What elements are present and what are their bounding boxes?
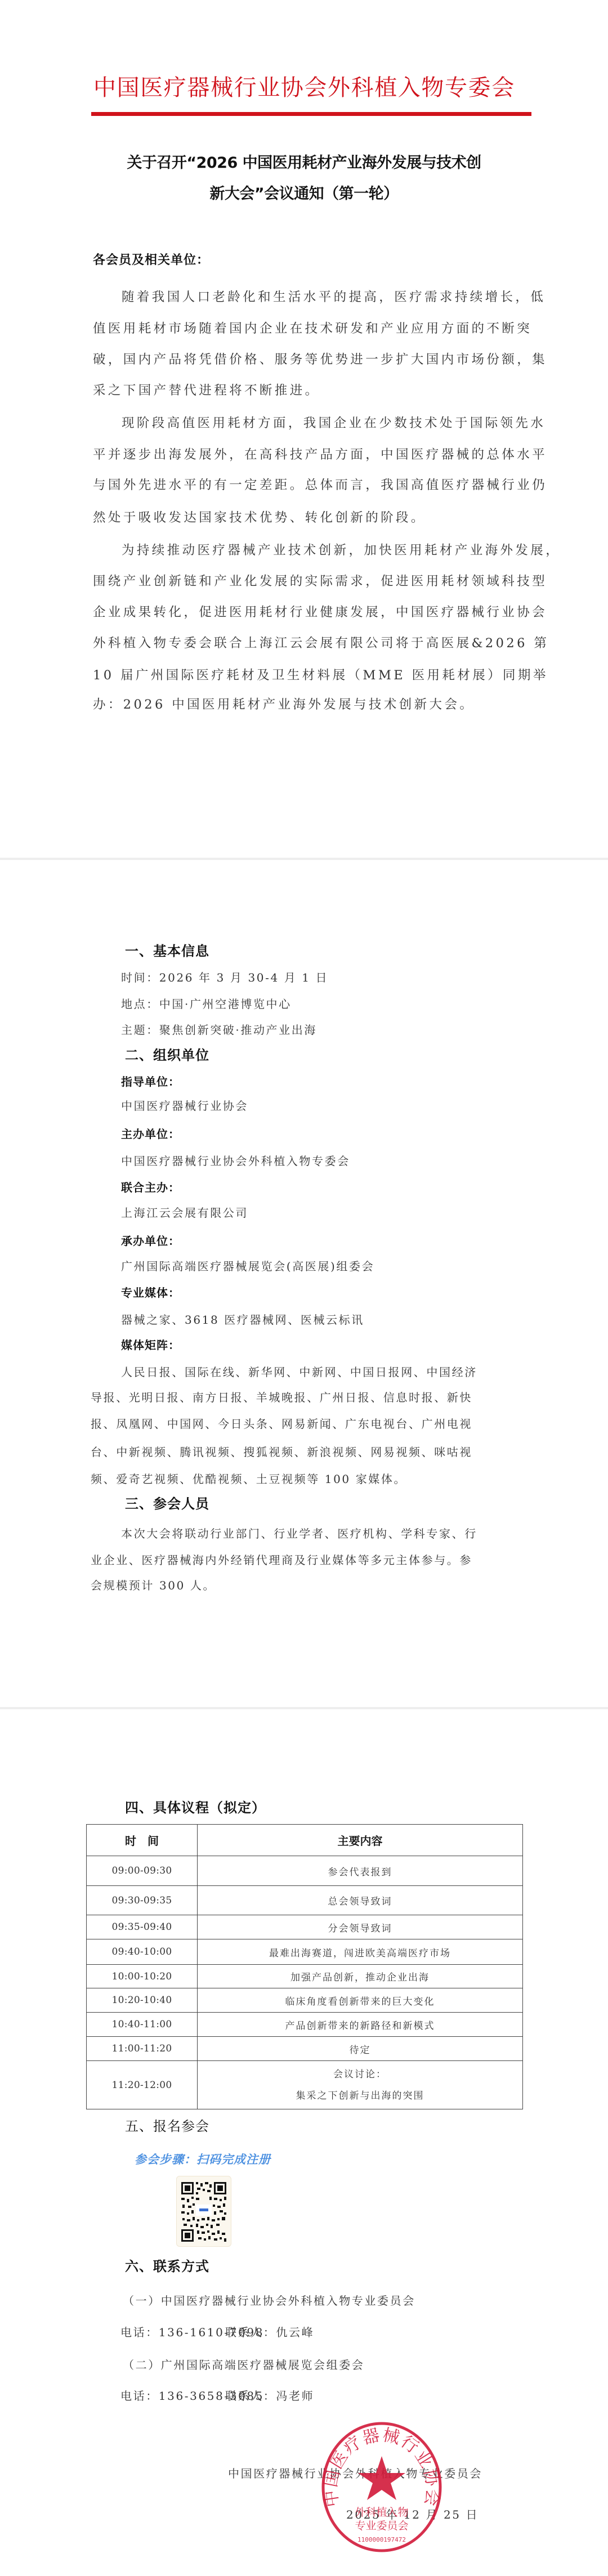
table-row: 11:20-12:00 会议讨论： 集采之下创新与出海的突围 bbox=[87, 2061, 523, 2109]
agenda-topic: 会议讨论： bbox=[198, 2064, 522, 2085]
paragraph-line: 值医用耗材市场随着国内企业在技术研发和产业应用方面的不断突 bbox=[93, 320, 532, 337]
paragraph-line: 10 届广州国际医疗耗材及卫生材料展（MME 医用耗材展）同期举 bbox=[93, 667, 548, 684]
contact-org: （一）中国医疗器械行业协会外科植入物专业委员会 bbox=[123, 2293, 415, 2309]
column-header-content: 主要内容 bbox=[198, 1825, 523, 1856]
seal-inner-line2: 专业委员会 bbox=[355, 2520, 408, 2532]
agenda-topic: 产品创新带来的新路径和新模式 bbox=[198, 2013, 523, 2037]
paragraph-line: 随着我国人口老龄化和生活水平的提高，医疗需求持续增长，低 bbox=[122, 289, 546, 306]
table-row: 09:00-09:30 参会代表报到 bbox=[87, 1856, 523, 1886]
agenda-topic: 总会领导致词 bbox=[198, 1886, 523, 1915]
seal-icon: 中国医疗器械行业协会 外科植入物 专业委员会 1100000197472 bbox=[320, 2420, 444, 2554]
column-header-time: 时 间 bbox=[87, 1825, 198, 1856]
event-time: 时间：2026 年 3 月 30-4 月 1 日 bbox=[121, 970, 328, 985]
paragraph-line: 企业成果转化，促进医用耗材行业健康发展，中国医疗器械行业协会 bbox=[93, 604, 547, 621]
table-row: 10:00-10:20 加强产品创新，推动企业出海 bbox=[87, 1965, 523, 1988]
agenda-table: 时 间 主要内容 09:00-09:30 参会代表报到 09:30-09:35 … bbox=[86, 1824, 523, 2109]
registration-qr-code[interactable] bbox=[176, 2176, 231, 2247]
section-heading-organizers: 二、组织单位 bbox=[125, 1046, 209, 1064]
guide-unit-value: 中国医疗器械行业协会 bbox=[121, 1098, 248, 1114]
contact-person: 联系人：冯老师 bbox=[225, 2388, 314, 2404]
event-theme: 主题：聚焦创新突破·推动产业出海 bbox=[121, 1022, 317, 1038]
agenda-topic: 待定 bbox=[198, 2037, 523, 2061]
table-row: 09:30-09:35 总会领导致词 bbox=[87, 1886, 523, 1915]
paragraph-line: 平并逐步出海发展外，在高科技产品方面，中国医疗器械的总体水平 bbox=[93, 446, 547, 463]
section-heading-contact: 六、联系方式 bbox=[125, 2257, 209, 2275]
page-separator bbox=[0, 858, 608, 860]
paragraph-line: 与国外先进水平的有一定差距。总体而言，我国高值医疗器械行业仍 bbox=[93, 477, 547, 494]
paragraph-line: 外科植入物专委会联合上海江云会展有限公司将于高医展&2026 第 bbox=[93, 635, 549, 652]
page-separator bbox=[0, 1707, 608, 1709]
org-header: 中国医疗器械行业协会外科植入物专委会 bbox=[93, 74, 521, 101]
table-row: 10:40-11:00 产品创新带来的新路径和新模式 bbox=[87, 2013, 523, 2037]
event-venue: 地点：中国·广州空港博览中心 bbox=[121, 996, 292, 1012]
organizer-label: 承办单位： bbox=[121, 1233, 180, 1249]
header-red-rule bbox=[91, 112, 531, 116]
official-seal: 中国医疗器械行业协会 外科植入物 专业委员会 1100000197472 bbox=[320, 2420, 444, 2554]
paragraph-line: 本次大会将联动行业部门、行业学者、医疗机构、学科专家、行 bbox=[121, 1526, 477, 1542]
paragraph-line: 然处于吸收发达国家技术优势、转化创新的阶段。 bbox=[93, 509, 426, 526]
host-unit-label: 主办单位： bbox=[121, 1126, 180, 1143]
agenda-topic: 临床角度看创新带来的巨大变化 bbox=[198, 1988, 523, 2013]
agenda-time: 10:40-11:00 bbox=[87, 2013, 198, 2037]
host-unit-value: 中国医疗器械行业协会外科植入物专委会 bbox=[121, 1153, 350, 1169]
table-row: 09:35-09:40 分会领导致词 bbox=[87, 1915, 523, 1939]
agenda-topic-detail: 集采之下创新与出海的突围 bbox=[198, 2085, 522, 2107]
paragraph-line: 采之下国产替代进程将不断推进。 bbox=[93, 382, 320, 399]
media-matrix-line: 频、爱奇艺视频、优酷视频、土豆视频等 100 家媒体。 bbox=[91, 1471, 406, 1487]
paragraph-line: 办：2026 中国医用耗材产业海外发展与技术创新大会。 bbox=[93, 696, 475, 713]
section-heading-attendees: 三、参会人员 bbox=[125, 1495, 209, 1513]
cohost-value: 上海江云会展有限公司 bbox=[121, 1205, 248, 1221]
professional-media-label: 专业媒体： bbox=[121, 1284, 180, 1301]
agenda-topic: 加强产品创新，推动企业出海 bbox=[198, 1965, 523, 1988]
table-row: 10:20-10:40 临床角度看创新带来的巨大变化 bbox=[87, 1988, 523, 2013]
paragraph-line: 会规模预计 300 人。 bbox=[91, 1578, 216, 1593]
salutation: 各会员及相关单位： bbox=[93, 252, 209, 269]
agenda-time: 09:00-09:30 bbox=[87, 1856, 198, 1886]
media-matrix-line: 台、中新视频、腾讯视频、搜狐视频、新浪视频、网易视频、咪咕视 bbox=[91, 1444, 472, 1460]
contact-person: 联系人：仇云峰 bbox=[225, 2324, 314, 2340]
agenda-time: 09:35-09:40 bbox=[87, 1915, 198, 1939]
table-row: 11:00-11:20 待定 bbox=[87, 2037, 523, 2061]
table-row: 09:40-10:00 最难出海赛道，闯进欧美高端医疗市场 bbox=[87, 1939, 523, 1965]
agenda-time: 11:20-12:00 bbox=[87, 2061, 198, 2109]
seal-inner-line1: 外科植入物 bbox=[355, 2506, 408, 2519]
section-heading-basic-info: 一、基本信息 bbox=[125, 942, 209, 960]
paragraph-line: 业企业、医疗器械海内外经销代理商及行业媒体等多元主体参与。参 bbox=[91, 1552, 472, 1568]
document-title-line2: 新大会”会议通知（第一轮） bbox=[90, 185, 518, 204]
organizer-value: 广州国际高端医疗器械展览会(高医展)组委会 bbox=[121, 1258, 374, 1274]
media-matrix-line: 报、凤凰网、中国网、今日头条、网易新闻、广东电视台、广州电视 bbox=[91, 1416, 472, 1432]
guide-unit-label: 指导单位： bbox=[121, 1073, 180, 1090]
media-matrix-line: 人民日报、国际在线、新华网、中新网、中国日报网、中国经济 bbox=[121, 1364, 477, 1380]
media-matrix-label: 媒体矩阵： bbox=[121, 1337, 180, 1354]
agenda-time: 10:00-10:20 bbox=[87, 1965, 198, 1988]
paragraph-line: 现阶段高值医用耗材方面，我国企业在少数技术处于国际领先水 bbox=[122, 415, 546, 432]
agenda-topic: 最难出海赛道，闯进欧美高端医疗市场 bbox=[198, 1939, 523, 1965]
section-heading-registration: 五、报名参会 bbox=[125, 2117, 209, 2135]
agenda-header-row: 时 间 主要内容 bbox=[87, 1825, 523, 1856]
paragraph-line: 围绕产业创新链和产业化发展的实际需求，促进医用耗材领域科技型 bbox=[93, 573, 547, 590]
agenda-time: 10:20-10:40 bbox=[87, 1988, 198, 2013]
agenda-topic: 分会领导致词 bbox=[198, 1915, 523, 1939]
professional-media-value: 器械之家、3618 医疗器械网、医械云标讯 bbox=[121, 1312, 364, 1328]
document-title-line1: 关于召开“2026 中国医用耗材产业海外发展与技术创 bbox=[90, 154, 518, 173]
paragraph-line: 为持续推动医疗器械产业技术创新，加快医用耗材产业海外发展， bbox=[122, 542, 561, 559]
agenda-topic: 参会代表报到 bbox=[198, 1856, 523, 1886]
agenda-time: 11:00-11:20 bbox=[87, 2037, 198, 2061]
cohost-label: 联合主办： bbox=[121, 1179, 180, 1196]
qr-code-icon bbox=[177, 2176, 231, 2246]
paragraph-line: 破，国内产品将凭借价格、服务等优势进一步扩大国内市场份额，集 bbox=[93, 351, 547, 368]
agenda-topic-multiline: 会议讨论： 集采之下创新与出海的突围 bbox=[198, 2061, 523, 2109]
seal-code: 1100000197472 bbox=[357, 2536, 406, 2543]
agenda-time: 09:30-09:35 bbox=[87, 1886, 198, 1915]
media-matrix-line: 导报、光明日报、南方日报、羊城晚报、广州日报、信息时报、新快 bbox=[91, 1390, 472, 1405]
agenda-time: 09:40-10:00 bbox=[87, 1939, 198, 1965]
section-heading-agenda: 四、具体议程（拟定） bbox=[125, 1799, 266, 1817]
registration-step-text: 参会步骤：扫码完成注册 bbox=[135, 2152, 271, 2167]
contact-org: （二）广州国际高端医疗器械展览会组委会 bbox=[123, 2357, 364, 2373]
